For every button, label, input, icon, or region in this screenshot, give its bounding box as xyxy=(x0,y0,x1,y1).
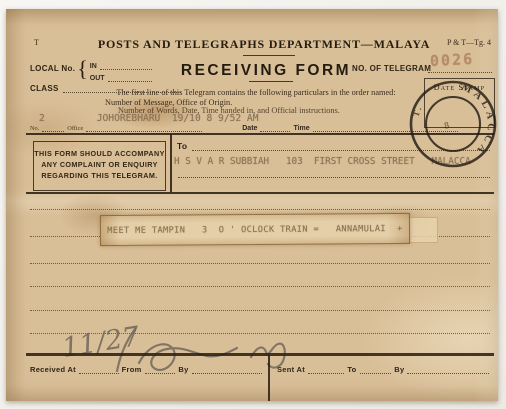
notice-line3: REGARDING THIS TELEGRAM. xyxy=(34,170,165,181)
to-label-footer: To xyxy=(347,365,356,374)
by2-dotted-line xyxy=(407,365,489,374)
message-ruled-line xyxy=(30,263,490,264)
title-rule xyxy=(243,55,295,56)
no-label: No. xyxy=(30,125,39,132)
telegram-no-label: NO. OF TELEGRAM xyxy=(352,64,431,73)
scanned-telegram-photo: T POSTS AND TELEGRAPHS DEPARTMENT—MALAYA… xyxy=(0,0,506,409)
sent-row: Sent At To By xyxy=(277,365,489,374)
notice-box: THIS FORM SHOULD ACCOMPANY ANY COMPLAINT… xyxy=(33,141,166,191)
svg-text:MALACCA: MALACCA xyxy=(460,82,497,158)
by2-label: By xyxy=(394,365,404,374)
by-dotted-line xyxy=(192,365,262,374)
to-dotted-line-footer xyxy=(360,365,392,374)
date-label: Date xyxy=(242,125,257,132)
footer-center-divider xyxy=(268,355,270,401)
postmark-inner-circle xyxy=(426,97,480,151)
tape-fragment xyxy=(406,217,438,243)
received-row: Received At From By xyxy=(30,365,262,374)
date-dotted-line xyxy=(260,123,290,132)
sent-at-label: Sent At xyxy=(277,365,305,374)
notice-line2: ANY COMPLAINT OR ENQUIRY xyxy=(34,159,165,170)
notice-line1: THIS FORM SHOULD ACCOMPANY xyxy=(34,148,165,159)
sent-at-dotted-line xyxy=(308,365,344,374)
time-label: Time xyxy=(293,125,309,132)
footer-divider-line xyxy=(26,353,494,356)
to-label: To xyxy=(177,141,187,151)
origin-label-row: No. Office Date Time xyxy=(30,123,458,132)
postmark-office-text: MALACCA xyxy=(460,82,497,158)
from-dotted-line xyxy=(145,365,176,374)
by-label: By xyxy=(178,365,188,374)
message-tape-strip: MEET ME TAMPIN 3 O ' OCLOCK TRAIN = ANNA… xyxy=(100,213,410,246)
from-label: From xyxy=(122,365,142,374)
received-at-dotted-line xyxy=(79,365,119,374)
message-ruled-line xyxy=(30,310,490,311)
message-ruled-line xyxy=(30,209,490,210)
department-title: POSTS AND TELEGRAPHS DEPARTMENT—MALAYA xyxy=(18,37,506,52)
malacca-postmark-stamp: MALACCA T. 8 xyxy=(405,76,501,172)
addressee-divider-line xyxy=(170,134,172,192)
received-at-label: Received At xyxy=(30,365,76,374)
message-top-divider-line xyxy=(26,192,494,194)
typed-message: MEET ME TAMPIN 3 O ' OCLOCK TRAIN = ANNA… xyxy=(107,223,402,235)
telegram-no-dotted-line xyxy=(428,64,492,73)
form-code: P & T—Tg. 4 xyxy=(447,38,491,47)
office-label: Office xyxy=(67,125,83,132)
form-title-rule xyxy=(249,81,293,82)
message-ruled-line xyxy=(30,286,490,287)
no-dotted-line xyxy=(42,123,64,132)
postmark-inner-date: 8 xyxy=(443,120,451,132)
office-dotted-line xyxy=(86,123,202,132)
telegram-form-paper: T POSTS AND TELEGRAPHS DEPARTMENT—MALAYA… xyxy=(6,9,498,401)
